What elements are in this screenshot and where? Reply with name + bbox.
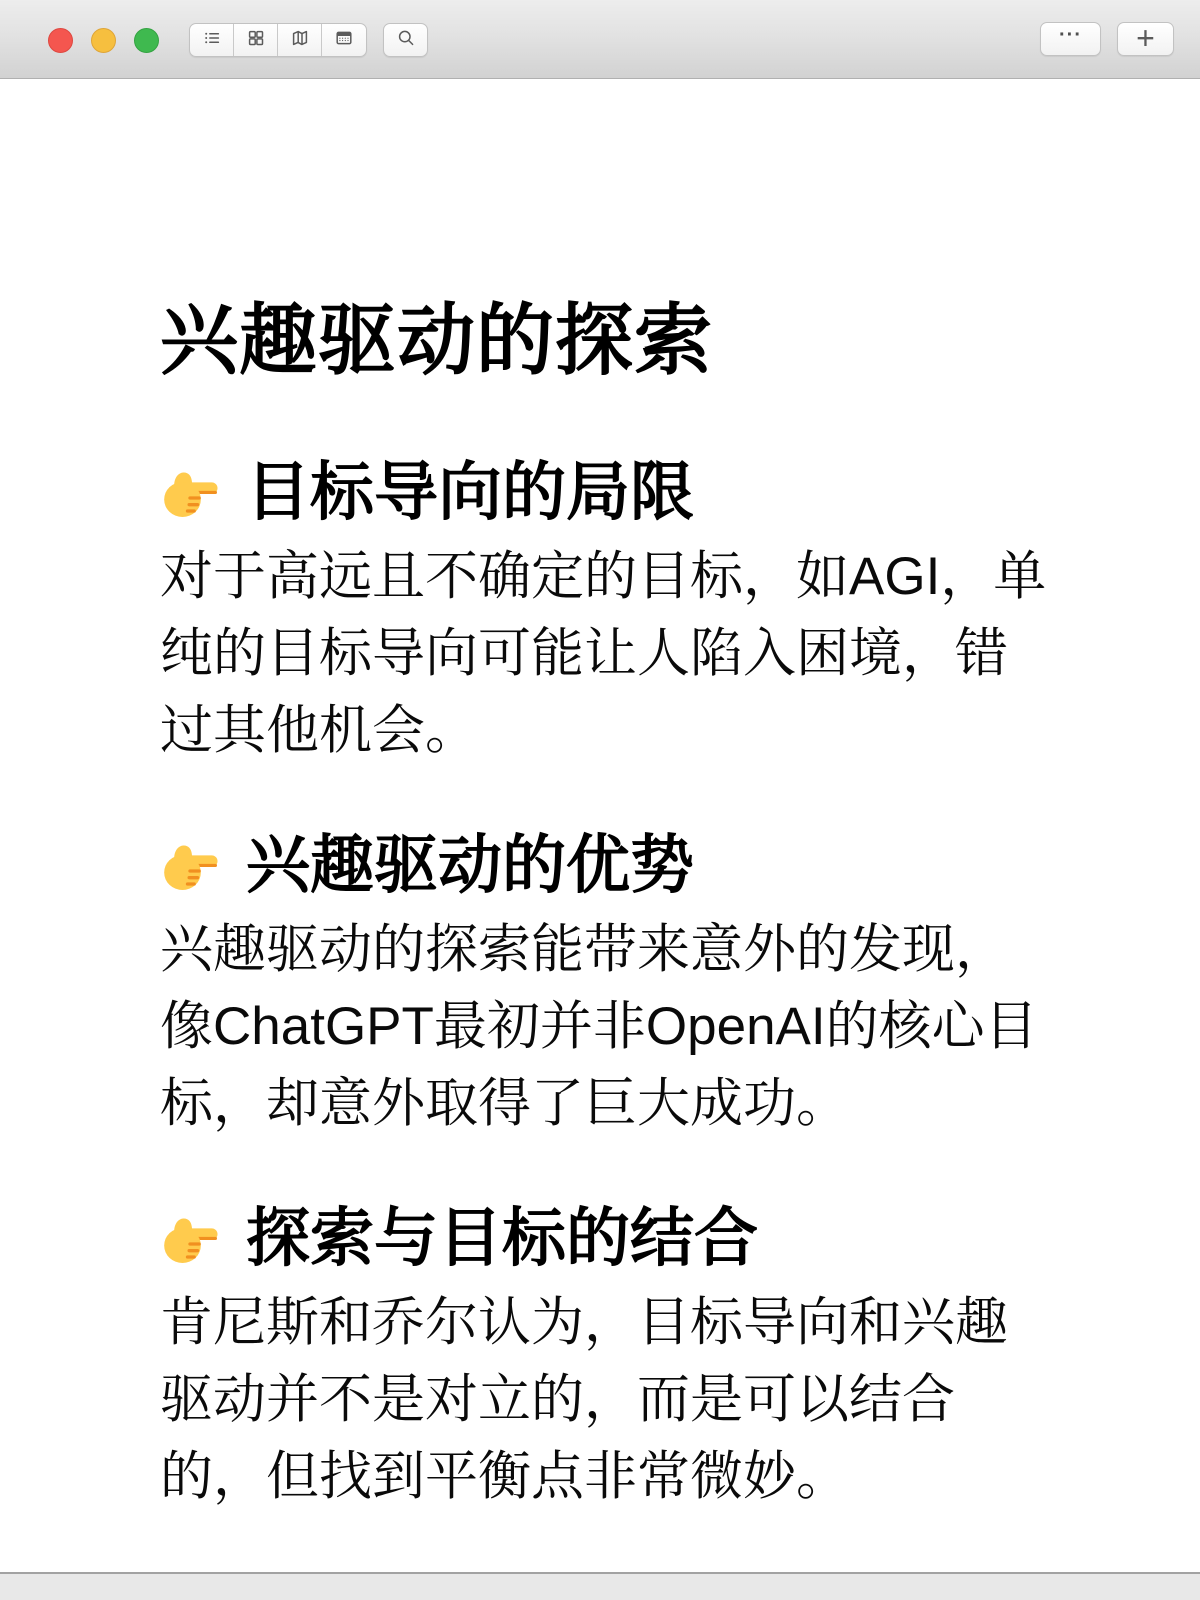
add-button[interactable]: + xyxy=(1117,22,1174,56)
close-window-button[interactable] xyxy=(48,28,73,53)
more-icon: ··· xyxy=(1059,30,1082,48)
section-heading: 探索与目标的结合 xyxy=(160,1206,1090,1270)
section-paragraph: 肯尼斯和乔尔认为，目标导向和兴趣 驱动并不是对立的，而是可以结合 的，但找到平衡… xyxy=(160,1284,1090,1515)
section-combining-exploration-goals: 探索与目标的结合 肯尼斯和乔尔认为，目标导向和兴趣 驱动并不是对立的，而是可以结… xyxy=(160,1206,1090,1515)
paragraph-line: 纯的目标导向可能让人陷入困境，错 xyxy=(160,615,1090,692)
section-heading-text: 目标导向的局限 xyxy=(246,460,694,524)
section-paragraph: 对于高远且不确定的目标，如AGI，单 纯的目标导向可能让人陷入困境，错 过其他机… xyxy=(160,538,1090,769)
paragraph-line: 标，却意外取得了巨大成功。 xyxy=(160,1065,1090,1142)
list-view-button[interactable] xyxy=(190,24,234,56)
window-statusbar xyxy=(0,1572,1200,1600)
more-options-button[interactable]: ··· xyxy=(1040,22,1101,56)
page-title: 兴趣驱动的探索 xyxy=(160,295,1090,385)
paragraph-line: 驱动并不是对立的，而是可以结合 xyxy=(160,1361,1090,1438)
calendar-view-button[interactable] xyxy=(322,24,366,56)
map-view-button[interactable] xyxy=(278,24,322,56)
paragraph-line: 兴趣驱动的探索能带来意外的发现， xyxy=(160,911,1090,988)
paragraph-line: 的，但找到平衡点非常微妙。 xyxy=(160,1438,1090,1515)
minimize-window-button[interactable] xyxy=(91,28,116,53)
search-button[interactable] xyxy=(383,23,428,57)
pointing-right-emoji-icon xyxy=(160,1208,220,1268)
grid-view-button[interactable] xyxy=(234,24,278,56)
section-paragraph: 兴趣驱动的探索能带来意外的发现， 像ChatGPT最初并非OpenAI的核心目 … xyxy=(160,911,1090,1142)
paragraph-line: 对于高远且不确定的目标，如AGI，单 xyxy=(160,538,1090,615)
search-icon xyxy=(396,28,416,53)
window-titlebar: ··· + xyxy=(0,0,1200,79)
plus-icon: + xyxy=(1136,23,1155,56)
paragraph-line: 过其他机会。 xyxy=(160,692,1090,769)
section-interest-advantages: 兴趣驱动的优势 兴趣驱动的探索能带来意外的发现， 像ChatGPT最初并非Ope… xyxy=(160,833,1090,1142)
paragraph-line: 像ChatGPT最初并非OpenAI的核心目 xyxy=(160,988,1090,1065)
section-goal-limitations: 目标导向的局限 对于高远且不确定的目标，如AGI，单 纯的目标导向可能让人陷入困… xyxy=(160,460,1090,769)
section-heading: 目标导向的局限 xyxy=(160,460,1090,524)
paragraph-line: 肯尼斯和乔尔认为，目标导向和兴趣 xyxy=(160,1284,1090,1361)
section-heading-text: 探索与目标的结合 xyxy=(246,1206,758,1270)
document-content: 兴趣驱动的探索 目标导向的局限 对于高远且不确定的目标，如AGI，单 纯的目标导… xyxy=(0,78,1200,1515)
pointing-right-emoji-icon xyxy=(160,462,220,522)
grid-icon xyxy=(246,28,266,53)
pointing-right-emoji-icon xyxy=(160,835,220,895)
view-mode-segmented-control xyxy=(189,23,367,57)
traffic-lights xyxy=(48,28,159,53)
section-heading-text: 兴趣驱动的优势 xyxy=(246,833,694,897)
section-heading: 兴趣驱动的优势 xyxy=(160,833,1090,897)
zoom-window-button[interactable] xyxy=(134,28,159,53)
calendar-icon xyxy=(334,28,354,53)
map-icon xyxy=(290,28,310,53)
list-icon xyxy=(202,28,222,53)
